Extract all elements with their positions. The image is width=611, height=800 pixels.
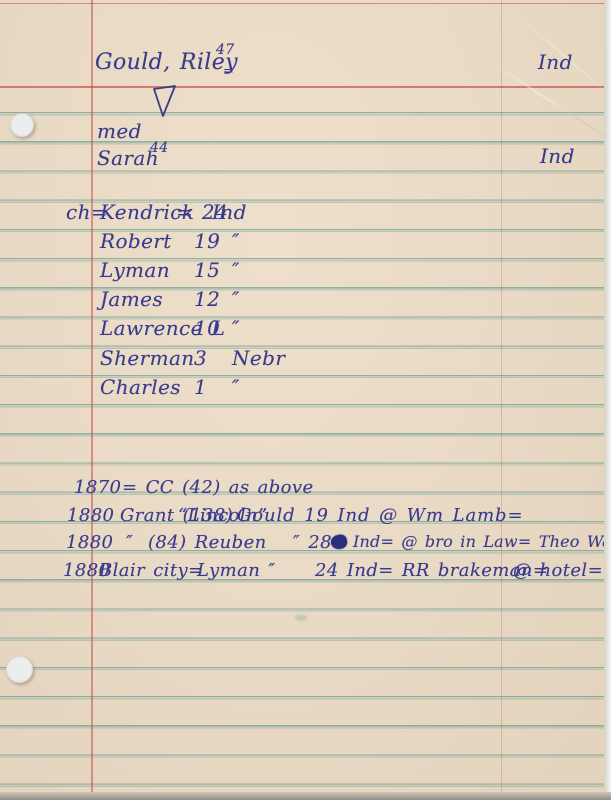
- red-margin-line: [0, 86, 605, 88]
- census-place: Blair city=: [99, 560, 204, 581]
- census-person-detail: Ind= @ bro in Law= Theo Warsock: [353, 532, 611, 551]
- spouse-state-annotation: Ind: [540, 144, 575, 168]
- scan-edge-right: [604, 0, 611, 800]
- census-person-detail: Gould 19 Ind @ Wm Lamb=: [237, 505, 523, 526]
- child-age: 15: [194, 258, 220, 282]
- top-red-line: [0, 3, 605, 4]
- child-place: Ind: [212, 200, 247, 224]
- ditto-mark: ″: [126, 532, 133, 553]
- census-person: Lyman ″: [197, 560, 275, 581]
- census-age: ″ 28: [293, 532, 332, 553]
- ditto-mark: ″: [232, 316, 240, 340]
- ink-smudge: [295, 615, 307, 621]
- child-age: 10: [194, 316, 220, 340]
- child-age: 3: [194, 346, 207, 370]
- ditto-mark: ″: [232, 258, 240, 282]
- state-annotation: Ind: [538, 50, 573, 74]
- child-age: 19: [194, 229, 220, 253]
- equals-mark: =: [223, 64, 234, 79]
- child-name: Lyman: [100, 258, 170, 282]
- census-residence-note: @ hotel=: [513, 560, 603, 581]
- child-name: Sherman: [100, 346, 195, 370]
- census-year: 1880: [67, 505, 114, 526]
- age-superscript: 47: [216, 42, 235, 58]
- census-year: 1880: [66, 532, 113, 553]
- child-name: James: [100, 287, 163, 311]
- ditto-mark: ″: [232, 287, 240, 311]
- child-name: Robert: [100, 229, 172, 253]
- scan-edge-bottom: [0, 792, 611, 800]
- ink-scribble-blot: [330, 533, 349, 550]
- check-mark-icon: [150, 84, 180, 120]
- census-person: (84) Reuben: [148, 532, 267, 553]
- spouse-age-superscript: 44: [150, 140, 169, 156]
- child-name: Charles: [100, 375, 181, 399]
- ditto-mark: ″: [232, 375, 240, 399]
- census-note: = CC (42) as above: [122, 477, 314, 498]
- child-place: Nebr: [232, 346, 285, 370]
- child-age: 1: [194, 375, 207, 399]
- hole-punch-top: [10, 113, 34, 137]
- census-year: 1870: [74, 477, 121, 498]
- ditto-mark: ″: [232, 229, 240, 253]
- notebook-page: Gould, Riley 47 = Ind med Sarah 44 Ind c…: [0, 0, 605, 793]
- right-red-margin-line: [501, 0, 502, 793]
- child-age: 12: [194, 287, 220, 311]
- married-abbreviation: med: [97, 119, 142, 143]
- paper-crease: [491, 62, 611, 154]
- left-red-margin-line: [91, 0, 93, 793]
- hole-punch-bottom: [6, 656, 33, 683]
